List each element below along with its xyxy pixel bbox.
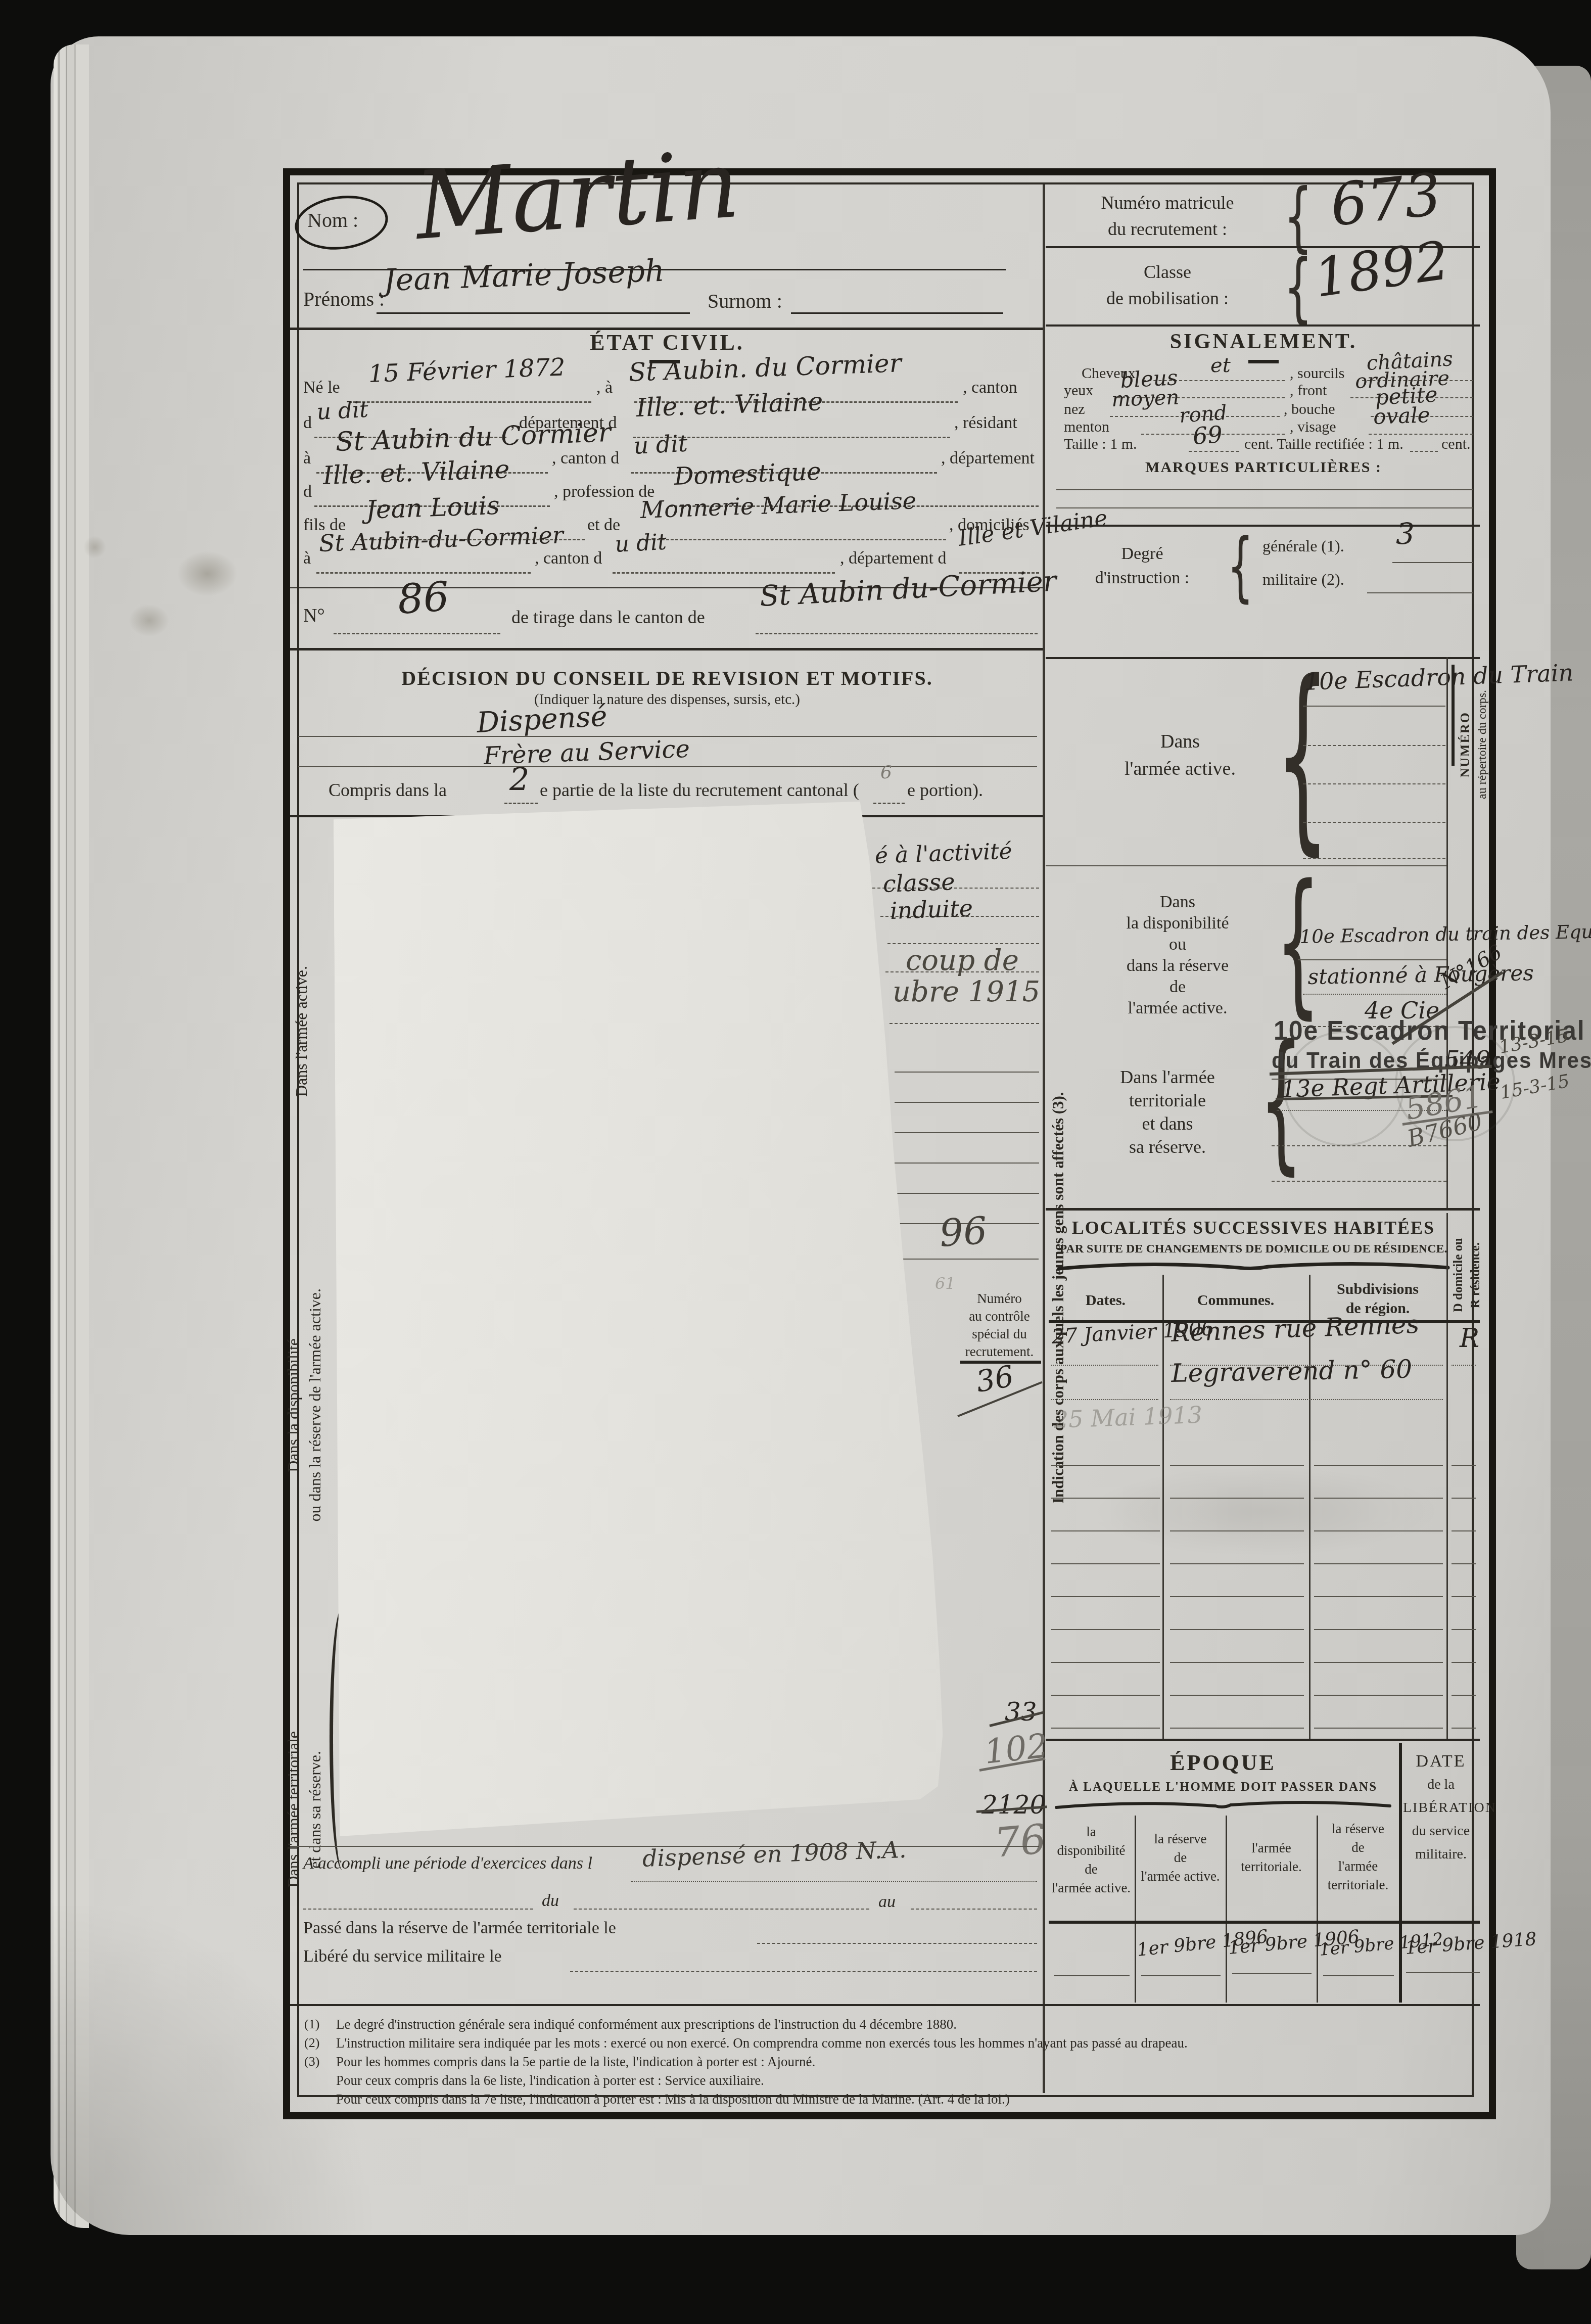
fill-line [1189,451,1239,452]
nom-value: Martin [412,129,742,261]
epoque-col2-l1: de [1136,1848,1225,1867]
number-76: 76 [993,1815,1048,1867]
fill-line [1303,745,1445,746]
epoque-date-divider [1399,1743,1402,2003]
ec-l1-label3: , canton [963,378,1017,397]
armee-active-label-1: Dans [1097,728,1264,755]
compris-value1: 2 [509,761,529,798]
degre-militaire-label: militaire (2). [1262,570,1344,589]
fragment-line1: é à l'activité [874,839,1012,869]
fill-line [1232,1973,1312,1974]
surnom-label: Surnom : [708,289,782,313]
accompli-label: A accompli une période d'exercices dans … [303,1854,592,1873]
fill-line [757,1943,1037,1944]
ec-l6-value2: u dit [614,529,667,557]
localites-col-line [1309,1275,1311,1739]
localites-row1-dr: R [1460,1323,1479,1354]
taille-cent-label: cent. [1441,436,1470,453]
decision-subtitle: (Indiquer la nature des dispenses, sursi… [323,691,1011,708]
compris-label3: e portion). [907,779,983,801]
compris-label1: Compris dans la [329,779,447,801]
dispo-label-5: l'armée active. [1087,998,1269,1019]
epoque-col1-l0: la [1049,1823,1134,1841]
dispo-label-1: la disponibilité [1087,913,1269,934]
ec-l3-label1: à [303,449,311,468]
fill-line [1452,1365,1476,1366]
empty-fill-lines [895,1042,1039,1229]
taille-value: 69 [1192,421,1223,450]
taille-label: Taille : 1 m. [1064,436,1137,453]
epoque-col3-l0: l'armée [1227,1839,1316,1857]
date-col-l1: de la [1403,1773,1479,1796]
fill-line [1406,1972,1480,1973]
fragment-line4: coup de [906,944,1019,977]
fill-line [1410,451,1438,452]
section-divider [1046,525,1480,527]
fill-line [1303,822,1445,823]
fill-line [349,401,591,403]
visage-value: ovale [1373,402,1430,429]
fill-line [1392,562,1473,563]
ec-l2-value1: u dit [316,397,369,425]
degre-label-2: d'instruction : [1066,566,1218,590]
fill-line [334,633,500,634]
fill-line [1054,1975,1130,1976]
controle-header-3: spécial du [958,1325,1041,1343]
fragment-line5: ubre 1915 [893,975,1040,1008]
fill-line [1272,1181,1446,1182]
paper-stain [177,551,238,596]
menton-label: menton [1064,419,1109,436]
passe-reserve-label: Passé dans la réserve de l'armée territo… [303,1919,616,1938]
empty-rows-dr [1452,1433,1476,1736]
matricule-label-line2: du recrutement : [1056,216,1279,242]
fill-line [756,633,1038,634]
fill-line [1367,592,1473,593]
epoque-col1-l3: l'armée active. [1049,1879,1134,1897]
decision-line1: Dispensé [476,700,609,739]
footnote-1-marker: (1) [304,2017,319,2032]
footnote-2-marker: (2) [304,2035,319,2051]
fill-line [1323,1975,1394,1976]
col-header-subdiv-1: Subdivisions [1312,1280,1444,1299]
tirage-no-value: 86 [396,573,451,623]
matricule-brace [1284,182,1313,252]
ec-l3-label3: , département [941,449,1035,468]
localites-title: LOCALITÉS SUCCESSIVES HABITÉES [1056,1217,1450,1238]
epoque-col3-l1: territoriale. [1227,1857,1316,1876]
classe-bottom-divider [1046,324,1480,327]
epoque-header-underline [1049,1921,1480,1924]
footnote-3-marker: (3) [304,2054,319,2069]
tirage-no-label: N° [303,605,325,627]
epoque-col2-l0: la réserve [1136,1830,1225,1848]
epoque-col2-header: la réserve de l'armée active. [1136,1830,1225,1886]
flourish-divider [1054,1798,1392,1811]
pasted-paper-overlay [334,800,946,1838]
bouche-label: , bouche [1284,401,1335,418]
visage-label: , visage [1290,419,1336,436]
paper-stain [83,536,106,559]
fill-line [890,1023,1039,1024]
terr-label-0: Dans l'armée [1087,1065,1248,1089]
decision-title: DÉCISION DU CONSEIL DE REVISION ET MOTIF… [323,666,1011,690]
terr-label-1: territoriale [1087,1089,1248,1112]
col-header-dates: Dates. [1051,1292,1160,1309]
fill-line [1056,507,1473,508]
epoque-col4-l2: l'armée [1318,1857,1398,1876]
nez-value: moyen [1111,386,1180,411]
fill-line [1303,783,1445,784]
fill-line [1303,994,1446,995]
footnote-5-text: Pour ceux compris dans la 7e liste, l'in… [336,2091,1010,2107]
ec-l6-label3: , département d [840,549,947,568]
ec-l4-value2: Domestique [674,457,821,491]
localites-row1-commune2: Legraverend n° 60 [1171,1355,1413,1388]
controle-value: 36 [973,1359,1016,1399]
prenoms-line [377,312,690,314]
scanned-register-photo: Nom : Martin Prénoms : Jean Marie Joseph… [0,0,1591,2324]
taille-rectifiee-label: cent. Taille rectifiée : 1 m. [1244,436,1403,453]
compris-value2: 6 [880,762,892,783]
fill-line [504,803,538,804]
accompli-au-label: au [878,1892,896,1912]
fragment-line2: classe [882,868,955,898]
epoque-col4-l1: de [1318,1838,1398,1857]
fill-line [1303,706,1445,707]
section-divider [1046,657,1480,659]
surnom-line [791,312,1003,314]
classe-label-line1: Classe [1056,259,1279,285]
epoque-col1-l2: de [1049,1860,1134,1879]
fill-line [1170,1399,1443,1400]
left-label-dispo-line2: ou dans la réserve de l'armée active. [306,1288,324,1522]
fill-line [631,1881,1037,1882]
footnote-2-text: L'instruction militaire sera indiquée pa… [336,2035,1188,2051]
dispo-label-4: de [1087,977,1269,998]
degre-brace [1227,532,1253,601]
repertoire-label: NUMÉRO au répertoire du corps. [1458,661,1489,828]
localites-subtitle: PAR SUITE DE CHANGEMENTS DE DOMICILE OU … [1056,1242,1450,1256]
epoque-col4-header: la réserve de l'armée territoriale. [1318,1820,1398,1894]
degre-label-1: Degré [1066,542,1218,566]
tirage-text: de tirage dans le canton de [511,607,705,628]
empty-rows-communes [1170,1433,1304,1736]
ec-l3-value2: u dit [633,429,688,459]
classe-label: Classe de mobilisation : [1056,259,1279,311]
degre-label: Degré d'instruction : [1066,542,1218,590]
fill-line [1369,434,1473,435]
armee-active-label: Dans l'armée active. [1097,728,1264,782]
libere-label: Libéré du service militaire le [303,1947,502,1966]
note-96: 96 [938,1209,989,1256]
number-33: 33 [1005,1697,1037,1727]
date-col-l2: LIBÉRATION [1403,1796,1479,1820]
terr-label-2: et dans [1087,1112,1248,1135]
localites-row2-date: 25 Mai 1913 [1053,1401,1203,1433]
terr-label: Dans l'armée territoriale et dans sa rés… [1087,1065,1248,1158]
fragment-line3: induite [890,894,973,924]
epoque-col3-header: l'armée territoriale. [1227,1839,1316,1876]
fill-line [1051,1399,1158,1400]
fill-line [1051,1365,1158,1366]
prenoms-label: Prénoms : [303,287,385,311]
footnote-3-text: Pour les hommes compris dans la 5e parti… [336,2054,815,2070]
nom-label: Nom : [307,208,358,232]
epoque-col1-header: la disponibilité de l'armée active. [1049,1823,1134,1897]
dispo-label-0: Dans [1087,892,1269,913]
footnote-divider [290,2004,1480,2006]
repertoire-label-2: au répertoire du corps. [1476,690,1489,799]
controle-header-2: au contrôle [958,1308,1041,1325]
epoque-col1-l1: disponibilité [1049,1841,1134,1860]
classe-label-line2: de mobilisation : [1056,285,1279,311]
col-header-dr-1: D domicile ou [1452,1238,1466,1312]
matricule-value: 673 [1327,161,1444,240]
fill-line [639,539,946,540]
fill-line [1141,1975,1221,1976]
fill-line [911,1909,1037,1910]
left-label-terr-line2: et dans sa réserve. [306,1751,324,1869]
controle-header-4: recrutement. [958,1343,1041,1361]
front-label: , front [1290,382,1327,399]
paper-stain [129,604,169,637]
ec-l5-value1: Jean Louis [365,491,500,525]
note-61: 61 [935,1274,956,1293]
compris-label2: e partie de la liste du recrutement cant… [540,779,859,801]
fill-line [613,572,835,574]
section-divider [290,648,1043,650]
ec-l4-label1: d [303,482,312,501]
degre-generale-value: 3 [1396,517,1415,551]
left-label-disponibilite: Dans la disponibilité ou dans la réserve… [284,1203,324,1607]
col-header-dr-2: R résidence. [1469,1242,1483,1309]
armee-active-label-2: l'armée active. [1097,755,1264,782]
fill-line [1298,959,1446,960]
repertoire-bracket [1452,665,1455,766]
flourish-divider [1056,1260,1450,1273]
signalement-title: SIGNALEMENT. [1102,330,1425,354]
left-label-terr-line1: Dans l'armée territoriale [284,1731,303,1888]
cheveux-value: et [1210,354,1231,377]
date-col-l4: militaire. [1403,1843,1479,1866]
localites-col-line [1446,1213,1448,1739]
footnote-1-text: Le degré d'instruction générale sera ind… [336,2017,957,2032]
dispo-label-2: ou [1087,934,1269,955]
fill-line [316,572,531,574]
left-label-armee-active: Dans l'armée active. [292,859,311,1097]
left-label-dispo-line1: Dans la disponibilité [284,1338,303,1472]
ec-l1-label1: Né le [303,378,340,397]
number-2120: 2120 [981,1790,1046,1820]
epoque-title: ÉPOQUE [1049,1750,1397,1776]
corps-rotated-label: Indication des corps auxquels les jeunes… [1049,665,1067,1504]
ec-l6-label2: , canton d [535,549,602,568]
empty-rows-dates [1051,1433,1160,1736]
fill-line [1303,858,1445,859]
title-bar [1248,360,1279,363]
etat-civil-title: ÉTAT CIVIL. [505,330,829,355]
epoque-col4-l0: la réserve [1318,1820,1398,1838]
classe-brace [1284,253,1313,322]
footnote-4-text: Pour ceux compris dans la 6e liste, l'in… [336,2073,764,2088]
controle-header: Numéro au contrôle spécial du recrutemen… [958,1290,1041,1361]
ec-l2-label1: d [303,413,312,433]
empty-rows-subdivisions [1314,1433,1443,1736]
accompli-du-label: du [542,1891,559,1911]
matricule-label-line1: Numéro matricule [1056,190,1279,216]
sourcils-label: , sourcils [1290,365,1344,382]
ec-l3-label2: , canton d [552,449,619,468]
epoque-subtitle: À LAQUELLE L'HOMME DOIT PASSER DANS [1049,1780,1397,1794]
section-divider [1046,1208,1480,1211]
date-col-l0: DATE [1403,1750,1479,1773]
fill-line [1272,1145,1446,1146]
col-header-domicile-residence: D domicile ou R résidence. [1452,1217,1483,1333]
fill-line [303,1909,533,1910]
section-divider [1046,1739,1480,1741]
ec-l1-label2: , à [596,378,613,397]
ec-l6-label1: à [303,549,311,568]
date-col-l3: du service [1403,1820,1479,1843]
nez-label: nez [1064,401,1085,418]
terr-label-3: sa réserve. [1087,1135,1248,1158]
epoque-col4-l3: territoriale. [1318,1876,1398,1894]
date-liberation-header: DATE de la LIBÉRATION du service militai… [1403,1750,1479,1866]
dispo-label-3: dans la réserve [1087,955,1269,977]
yeux-label: yeux [1064,382,1093,399]
col-header-communes: Communes. [1165,1292,1306,1309]
fill-line [873,803,905,804]
localites-col-line [1162,1275,1164,1739]
fill-line [298,766,1037,767]
controle-header-1: Numéro [958,1290,1041,1308]
degre-generale-label: générale (1). [1262,537,1344,555]
epoque-col2-l2: l'armée active. [1136,1867,1225,1886]
fill-line [570,1971,1037,1972]
marques-title: MARQUES PARTICULIÈRES : [1102,459,1425,476]
fill-line [1056,489,1473,490]
matricule-label: Numéro matricule du recrutement : [1056,190,1279,242]
block-divider [1046,865,1446,866]
ec-l2-label3: , résidant [954,413,1017,433]
fill-line [574,1909,869,1910]
dispo-label: Dans la disponibilité ou dans la réserve… [1087,892,1269,1019]
repertoire-label-1: NUMÉRO [1458,712,1473,777]
